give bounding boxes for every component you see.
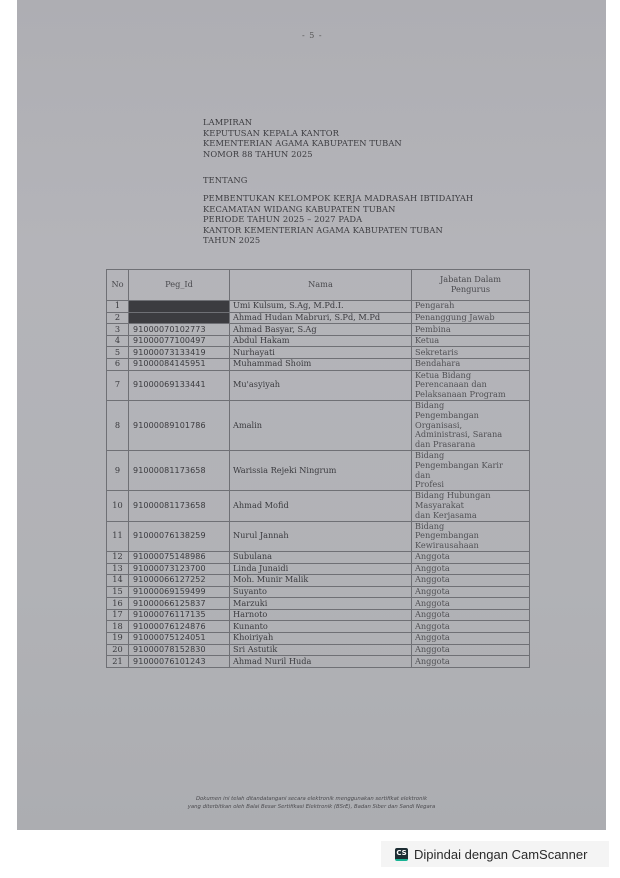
- cell-jabatan: Anggota: [412, 633, 530, 645]
- cell-peg-id: 91000081173658: [129, 450, 230, 490]
- column-header-peg-id: Peg_Id: [129, 270, 230, 301]
- cell-no: 19: [107, 633, 129, 645]
- table-row: 1Umi Kulsum, S.Ag, M.Pd.I.Pengarah: [107, 301, 530, 313]
- cell-no: 5: [107, 347, 129, 359]
- table-row: 1491000066127252Moh. Munir MalikAnggota: [107, 575, 530, 587]
- cell-nama: Moh. Munir Malik: [230, 575, 412, 587]
- cell-jabatan: Anggota: [412, 598, 530, 610]
- tentang-label: TENTANG: [203, 175, 248, 186]
- cell-nama: Ahmad Basyar, S.Ag: [230, 324, 412, 336]
- cell-no: 1: [107, 301, 129, 313]
- jabatan-line: Pengarah: [415, 301, 526, 311]
- cell-jabatan: Pembina: [412, 324, 530, 336]
- table-row: 991000081173658Warissia Rejeki NingrumBi…: [107, 450, 530, 490]
- cell-nama: Kunanto: [230, 621, 412, 633]
- cell-peg-id: 91000075124051: [129, 633, 230, 645]
- cell-jabatan: Pengarah: [412, 301, 530, 313]
- camscanner-badge: CS Dipindai dengan CamScanner: [381, 841, 609, 867]
- cell-nama: Nurhayati: [230, 347, 412, 359]
- cell-nama: Suyanto: [230, 586, 412, 598]
- cell-no: 20: [107, 644, 129, 656]
- table-row: 1091000081173658Ahmad MofidBidang Hubung…: [107, 491, 530, 521]
- jabatan-line: dan Prasarana: [415, 440, 526, 450]
- cell-no: 11: [107, 521, 129, 551]
- jabatan-line: Anggota: [415, 657, 526, 667]
- cell-no: 4: [107, 335, 129, 347]
- cell-jabatan: Ketua: [412, 335, 530, 347]
- cell-no: 13: [107, 563, 129, 575]
- cell-peg-id: 91000070102773: [129, 324, 230, 336]
- cell-nama: Warissia Rejeki Ningrum: [230, 450, 412, 490]
- footnote-line: yang diterbitkan oleh Balai Besar Sertif…: [17, 803, 606, 811]
- cell-peg-id: 91000073123700: [129, 563, 230, 575]
- table-row: 2091000078152830Sri AstutikAnggota: [107, 644, 530, 656]
- jabatan-line: Anggota: [415, 622, 526, 632]
- cell-nama: Sri Astutik: [230, 644, 412, 656]
- cell-jabatan: Bendahara: [412, 358, 530, 370]
- jabatan-line: dan Kerjasama: [415, 511, 526, 521]
- cell-jabatan: BidangPengembanganKewirausahaan: [412, 521, 530, 551]
- scanned-page: - 5 - LAMPIRAN KEPUTUSAN KEPALA KANTOR K…: [17, 0, 606, 830]
- jabatan-line: Anggota: [415, 610, 526, 620]
- table-row: 891000089101786AmalinBidangPengembanganO…: [107, 400, 530, 450]
- subject-line: PERIODE TAHUN 2025 – 2027 PADA: [203, 214, 473, 225]
- cell-jabatan: Anggota: [412, 644, 530, 656]
- cell-nama: Umi Kulsum, S.Ag, M.Pd.I.: [230, 301, 412, 313]
- cell-nama: Marzuki: [230, 598, 412, 610]
- cell-no: 9: [107, 450, 129, 490]
- committee-table: No Peg_Id Nama Jabatan DalamPengurus 1Um…: [106, 269, 530, 668]
- table-row: 1291000075148986SubulanaAnggota: [107, 551, 530, 563]
- cell-no: 2: [107, 312, 129, 324]
- cell-peg-id: 91000073133419: [129, 347, 230, 359]
- cell-no: 12: [107, 551, 129, 563]
- jabatan-line: Sekretaris: [415, 348, 526, 358]
- table-row: 1791000076117135HarnotoAnggota: [107, 609, 530, 621]
- cell-no: 15: [107, 586, 129, 598]
- page-number: - 5 -: [302, 31, 323, 40]
- footnote-line: Dokumen ini telah ditandatangani secara …: [17, 795, 606, 803]
- subject-line: KANTOR KEMENTERIAN AGAMA KABUPATEN TUBAN: [203, 225, 473, 236]
- subject-line: TAHUN 2025: [203, 235, 473, 246]
- cell-no: 8: [107, 400, 129, 450]
- table-row: 1991000075124051KhoiriyahAnggota: [107, 633, 530, 645]
- e-signature-footnote: Dokumen ini telah ditandatangani secara …: [17, 795, 606, 811]
- table-row: 2191000076101243Ahmad Nuril HudaAnggota: [107, 656, 530, 668]
- column-header-nama: Nama: [230, 270, 412, 301]
- cell-nama: Ahmad Hudan Mabruri, S.Pd, M.Pd: [230, 312, 412, 324]
- subject-line: KECAMATAN WIDANG KABUPATEN TUBAN: [203, 204, 473, 215]
- cell-peg-id: 91000078152830: [129, 644, 230, 656]
- cell-nama: Subulana: [230, 551, 412, 563]
- header-line: LAMPIRAN: [203, 117, 402, 128]
- cell-nama: Harnoto: [230, 609, 412, 621]
- column-header-jabatan: Jabatan DalamPengurus: [412, 270, 530, 301]
- camscanner-logo-icon: CS: [395, 848, 408, 861]
- table-row: 691000084145951Muhammad ShoimBendahara: [107, 358, 530, 370]
- table-row: 1691000066125837MarzukiAnggota: [107, 598, 530, 610]
- cell-peg-id-redacted: [129, 301, 230, 313]
- cell-jabatan: Penanggung Jawab: [412, 312, 530, 324]
- cell-nama: Abdul Hakam: [230, 335, 412, 347]
- jabatan-line: Anggota: [415, 552, 526, 562]
- header-line: KEMENTERIAN AGAMA KABUPATEN TUBAN: [203, 138, 402, 149]
- table-row: 1391000073123700Linda JunaidiAnggota: [107, 563, 530, 575]
- jabatan-line: Bendahara: [415, 359, 526, 369]
- jabatan-line: Anggota: [415, 564, 526, 574]
- jabatan-line: Anggota: [415, 633, 526, 643]
- header-line: KEPUTUSAN KEPALA KANTOR: [203, 128, 402, 139]
- cell-jabatan: BidangPengembangan KarirdanProfesi: [412, 450, 530, 490]
- cell-nama: Muhammad Shoim: [230, 358, 412, 370]
- cell-no: 14: [107, 575, 129, 587]
- cell-jabatan: Anggota: [412, 551, 530, 563]
- jabatan-line: Ketua: [415, 336, 526, 346]
- table-row: 791000069133441Mu'asyiyahKetua BidangPer…: [107, 370, 530, 400]
- cell-no: 7: [107, 370, 129, 400]
- header-line: NOMOR 88 TAHUN 2025: [203, 149, 402, 160]
- table-row: 591000073133419NurhayatiSekretaris: [107, 347, 530, 359]
- camscanner-label: Dipindai dengan CamScanner: [414, 847, 587, 862]
- cell-peg-id: 91000076101243: [129, 656, 230, 668]
- jabatan-line: Kewirausahaan: [415, 541, 526, 551]
- column-header-no: No: [107, 270, 129, 301]
- cell-no: 6: [107, 358, 129, 370]
- jabatan-line: Anggota: [415, 575, 526, 585]
- jabatan-line: Profesi: [415, 480, 526, 490]
- cell-jabatan: Anggota: [412, 656, 530, 668]
- cell-peg-id: 91000077100497: [129, 335, 230, 347]
- cell-peg-id: 91000075148986: [129, 551, 230, 563]
- cell-no: 17: [107, 609, 129, 621]
- cell-peg-id: 91000066127252: [129, 575, 230, 587]
- jabatan-line: Anggota: [415, 645, 526, 655]
- cell-no: 16: [107, 598, 129, 610]
- cell-peg-id: 91000069133441: [129, 370, 230, 400]
- cell-peg-id: 91000084145951: [129, 358, 230, 370]
- jabatan-line: Pembina: [415, 325, 526, 335]
- cell-jabatan: Anggota: [412, 621, 530, 633]
- cell-peg-id-redacted: [129, 312, 230, 324]
- table-body: 1Umi Kulsum, S.Ag, M.Pd.I.Pengarah2Ahmad…: [107, 301, 530, 668]
- jabatan-line: Pengembangan Karir: [415, 461, 526, 471]
- cell-nama: Mu'asyiyah: [230, 370, 412, 400]
- cell-no: 3: [107, 324, 129, 336]
- decree-subject: PEMBENTUKAN KELOMPOK KERJA MADRASAH IBTI…: [203, 193, 473, 246]
- cell-peg-id: 91000076138259: [129, 521, 230, 551]
- cell-nama: Khoiriyah: [230, 633, 412, 645]
- cell-jabatan: Anggota: [412, 586, 530, 598]
- cell-no: 21: [107, 656, 129, 668]
- cell-peg-id: 91000081173658: [129, 491, 230, 521]
- cell-peg-id: 91000076124876: [129, 621, 230, 633]
- jabatan-line: Anggota: [415, 587, 526, 597]
- cell-jabatan: Bidang HubunganMasyarakatdan Kerjasama: [412, 491, 530, 521]
- cell-jabatan: Anggota: [412, 609, 530, 621]
- jabatan-line: Pelaksanaan Program: [415, 390, 526, 400]
- cell-nama: Linda Junaidi: [230, 563, 412, 575]
- cell-jabatan: Anggota: [412, 563, 530, 575]
- decree-header: LAMPIRAN KEPUTUSAN KEPALA KANTOR KEMENTE…: [203, 117, 402, 159]
- cell-nama: Ahmad Nuril Huda: [230, 656, 412, 668]
- table-row: 1191000076138259Nurul JannahBidangPengem…: [107, 521, 530, 551]
- table-row: 491000077100497Abdul HakamKetua: [107, 335, 530, 347]
- table-row: 1891000076124876KunantoAnggota: [107, 621, 530, 633]
- cell-peg-id: 91000066125837: [129, 598, 230, 610]
- table-row: 391000070102773Ahmad Basyar, S.AgPembina: [107, 324, 530, 336]
- cell-nama: Amalin: [230, 400, 412, 450]
- cell-nama: Nurul Jannah: [230, 521, 412, 551]
- jabatan-line: Penanggung Jawab: [415, 313, 526, 323]
- table-row: 1591000069159499SuyantoAnggota: [107, 586, 530, 598]
- cell-jabatan: Ketua BidangPerencanaan danPelaksanaan P…: [412, 370, 530, 400]
- cell-jabatan: BidangPengembanganOrganisasi,Administras…: [412, 400, 530, 450]
- cell-jabatan: Sekretaris: [412, 347, 530, 359]
- cell-peg-id: 91000089101786: [129, 400, 230, 450]
- jabatan-line: Anggota: [415, 599, 526, 609]
- cell-nama: Ahmad Mofid: [230, 491, 412, 521]
- cell-peg-id: 91000069159499: [129, 586, 230, 598]
- table-row: 2Ahmad Hudan Mabruri, S.Pd, M.PdPenanggu…: [107, 312, 530, 324]
- cell-no: 10: [107, 491, 129, 521]
- cell-no: 18: [107, 621, 129, 633]
- cell-jabatan: Anggota: [412, 575, 530, 587]
- subject-line: PEMBENTUKAN KELOMPOK KERJA MADRASAH IBTI…: [203, 193, 473, 204]
- cell-peg-id: 91000076117135: [129, 609, 230, 621]
